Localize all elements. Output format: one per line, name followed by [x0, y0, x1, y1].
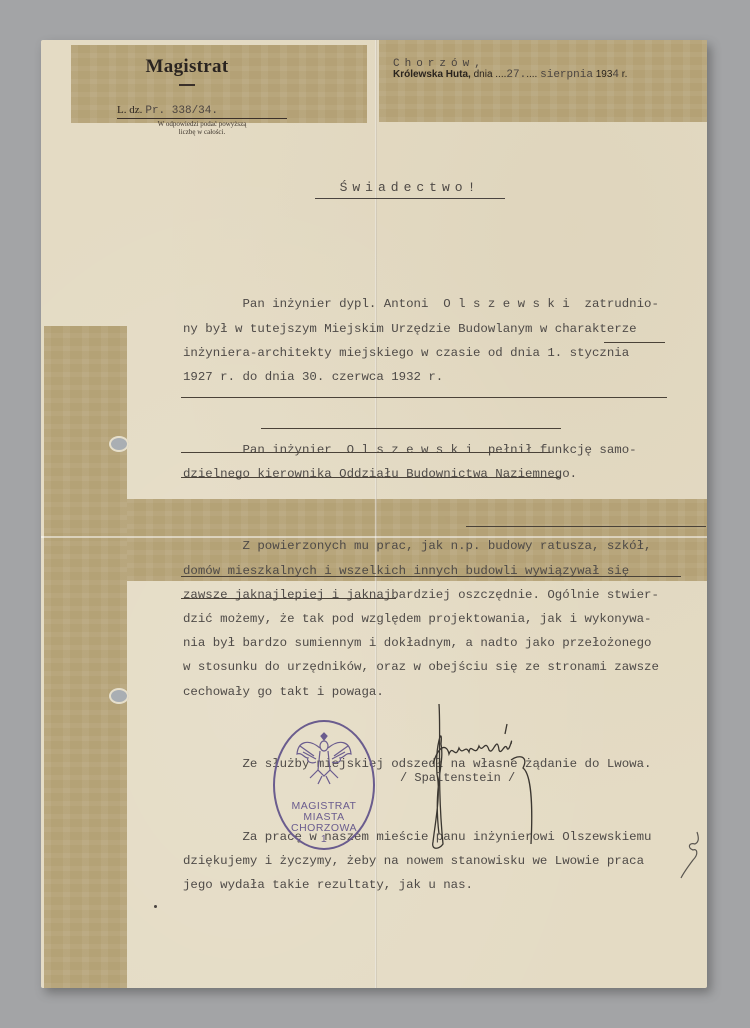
- reference-note: W odpowiedzi podać powyższą liczbę w cał…: [117, 120, 287, 136]
- letterhead: Magistrat: [97, 56, 277, 86]
- pen-underline: [261, 428, 561, 429]
- official-stamp: MAGISTRAT MIASTA CHORZOWA 1: [273, 720, 375, 850]
- tape-strip-left: [44, 326, 127, 988]
- pen-underline: [181, 598, 396, 599]
- pen-underline: [604, 342, 665, 343]
- year-prefix: 193: [596, 69, 613, 80]
- letterhead-title: Magistrat: [97, 56, 277, 78]
- letterhead-divider: [179, 84, 195, 86]
- pen-underline: [466, 526, 706, 527]
- pen-underline: [181, 452, 551, 453]
- day-value: 27.: [506, 69, 526, 81]
- paragraph-evaluation: Z powierzonych mu prac, jak n.p. budowy …: [183, 534, 723, 703]
- tape-strip-top-right: [379, 40, 707, 122]
- pencil-mark-icon: [677, 830, 703, 880]
- stamp-text: MAGISTRAT MIASTA CHORZOWA 1: [275, 801, 373, 845]
- stamp-line: 1: [275, 834, 373, 845]
- reference-note-line: W odpowiedzi podać powyższą: [117, 120, 287, 128]
- pen-underline: [181, 477, 561, 478]
- reference-number: L. dz.Pr. 338/34.: [117, 104, 287, 119]
- printed-city: Królewska Huta,: [393, 69, 471, 80]
- paragraph-function: Pan inżynier O l s z e w s k i pełnił fu…: [183, 438, 723, 486]
- typed-signatory-name: / Spaltenstein /: [400, 771, 515, 785]
- reference-value: Pr. 338/34.: [145, 105, 218, 117]
- eagle-emblem-icon: [275, 732, 373, 799]
- date-line: Królewska Huta, dnia ....27..... sierpni…: [393, 69, 703, 81]
- year-suffix: 4: [612, 69, 619, 81]
- punch-hole-icon: [109, 436, 129, 452]
- punch-hole-icon: [109, 688, 129, 704]
- month-value: sierpnia: [540, 69, 593, 81]
- day-label: dnia: [474, 69, 493, 80]
- paragraph-employment: Pan inżynier dypl. Antoni O l s z e w s …: [183, 292, 723, 389]
- reference-label: L. dz.: [117, 104, 142, 116]
- document-page: Magistrat L. dz.Pr. 338/34. W odpowiedzi…: [41, 40, 707, 988]
- place-date: Chorzów, Królewska Huta, dnia ....27....…: [393, 58, 703, 81]
- document-title: Świadectwo!: [315, 180, 505, 199]
- pen-underline: [181, 576, 681, 577]
- reference-note-line: liczbę w całości.: [117, 128, 287, 136]
- ink-spot: [154, 905, 157, 908]
- year-unit: r.: [622, 69, 628, 80]
- pen-underline: [181, 397, 667, 398]
